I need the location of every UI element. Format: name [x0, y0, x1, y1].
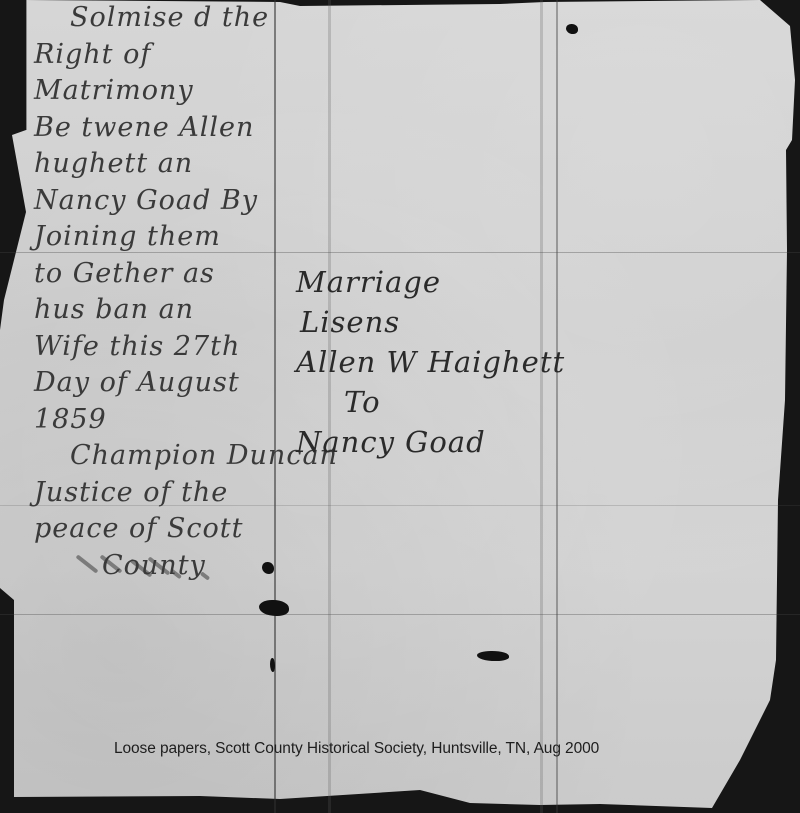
handwritten-line: Solmise d the	[34, 0, 338, 37]
handwritten-line: Wife this 27th	[34, 329, 338, 366]
docket-line: To	[296, 382, 565, 422]
docket-line: Lisens	[296, 302, 565, 342]
marriage-license-docket: Marriage Lisens Allen W Haighett To Nanc…	[296, 262, 565, 462]
docket-title: Marriage	[296, 262, 565, 302]
handwritten-line: County	[34, 548, 338, 585]
handwritten-signature: Champion Duncan	[34, 438, 338, 475]
handwritten-line: peace of Scott	[34, 511, 338, 548]
archive-caption: Loose papers, Scott County Historical So…	[114, 740, 599, 758]
docket-bride-name: Nancy Goad	[296, 422, 565, 462]
docket-groom-name: Allen W Haighett	[296, 342, 565, 382]
handwritten-line: hus ban an	[34, 292, 338, 329]
hole-top-right	[566, 24, 578, 34]
folded-edge-line	[26, 0, 27, 130]
handwritten-line: to Gether as	[34, 256, 338, 293]
handwritten-line: Justice of the	[34, 475, 338, 512]
handwritten-line: 1859	[34, 402, 338, 439]
handwritten-line: Joining them	[34, 219, 338, 256]
handwritten-line: Right of	[34, 37, 338, 74]
horizontal-fold-bottom	[0, 614, 800, 615]
handwritten-line: Matrimony	[34, 73, 338, 110]
handwritten-line: Day of August	[34, 365, 338, 402]
handwritten-line: hughett an	[34, 146, 338, 183]
handwritten-line: Be twene Allen	[34, 110, 338, 147]
handwritten-line: Nancy Goad By	[34, 183, 338, 220]
marriage-certificate-text: Solmise d the Right of Matrimony Be twen…	[34, 0, 338, 584]
tear-fold	[270, 658, 275, 672]
